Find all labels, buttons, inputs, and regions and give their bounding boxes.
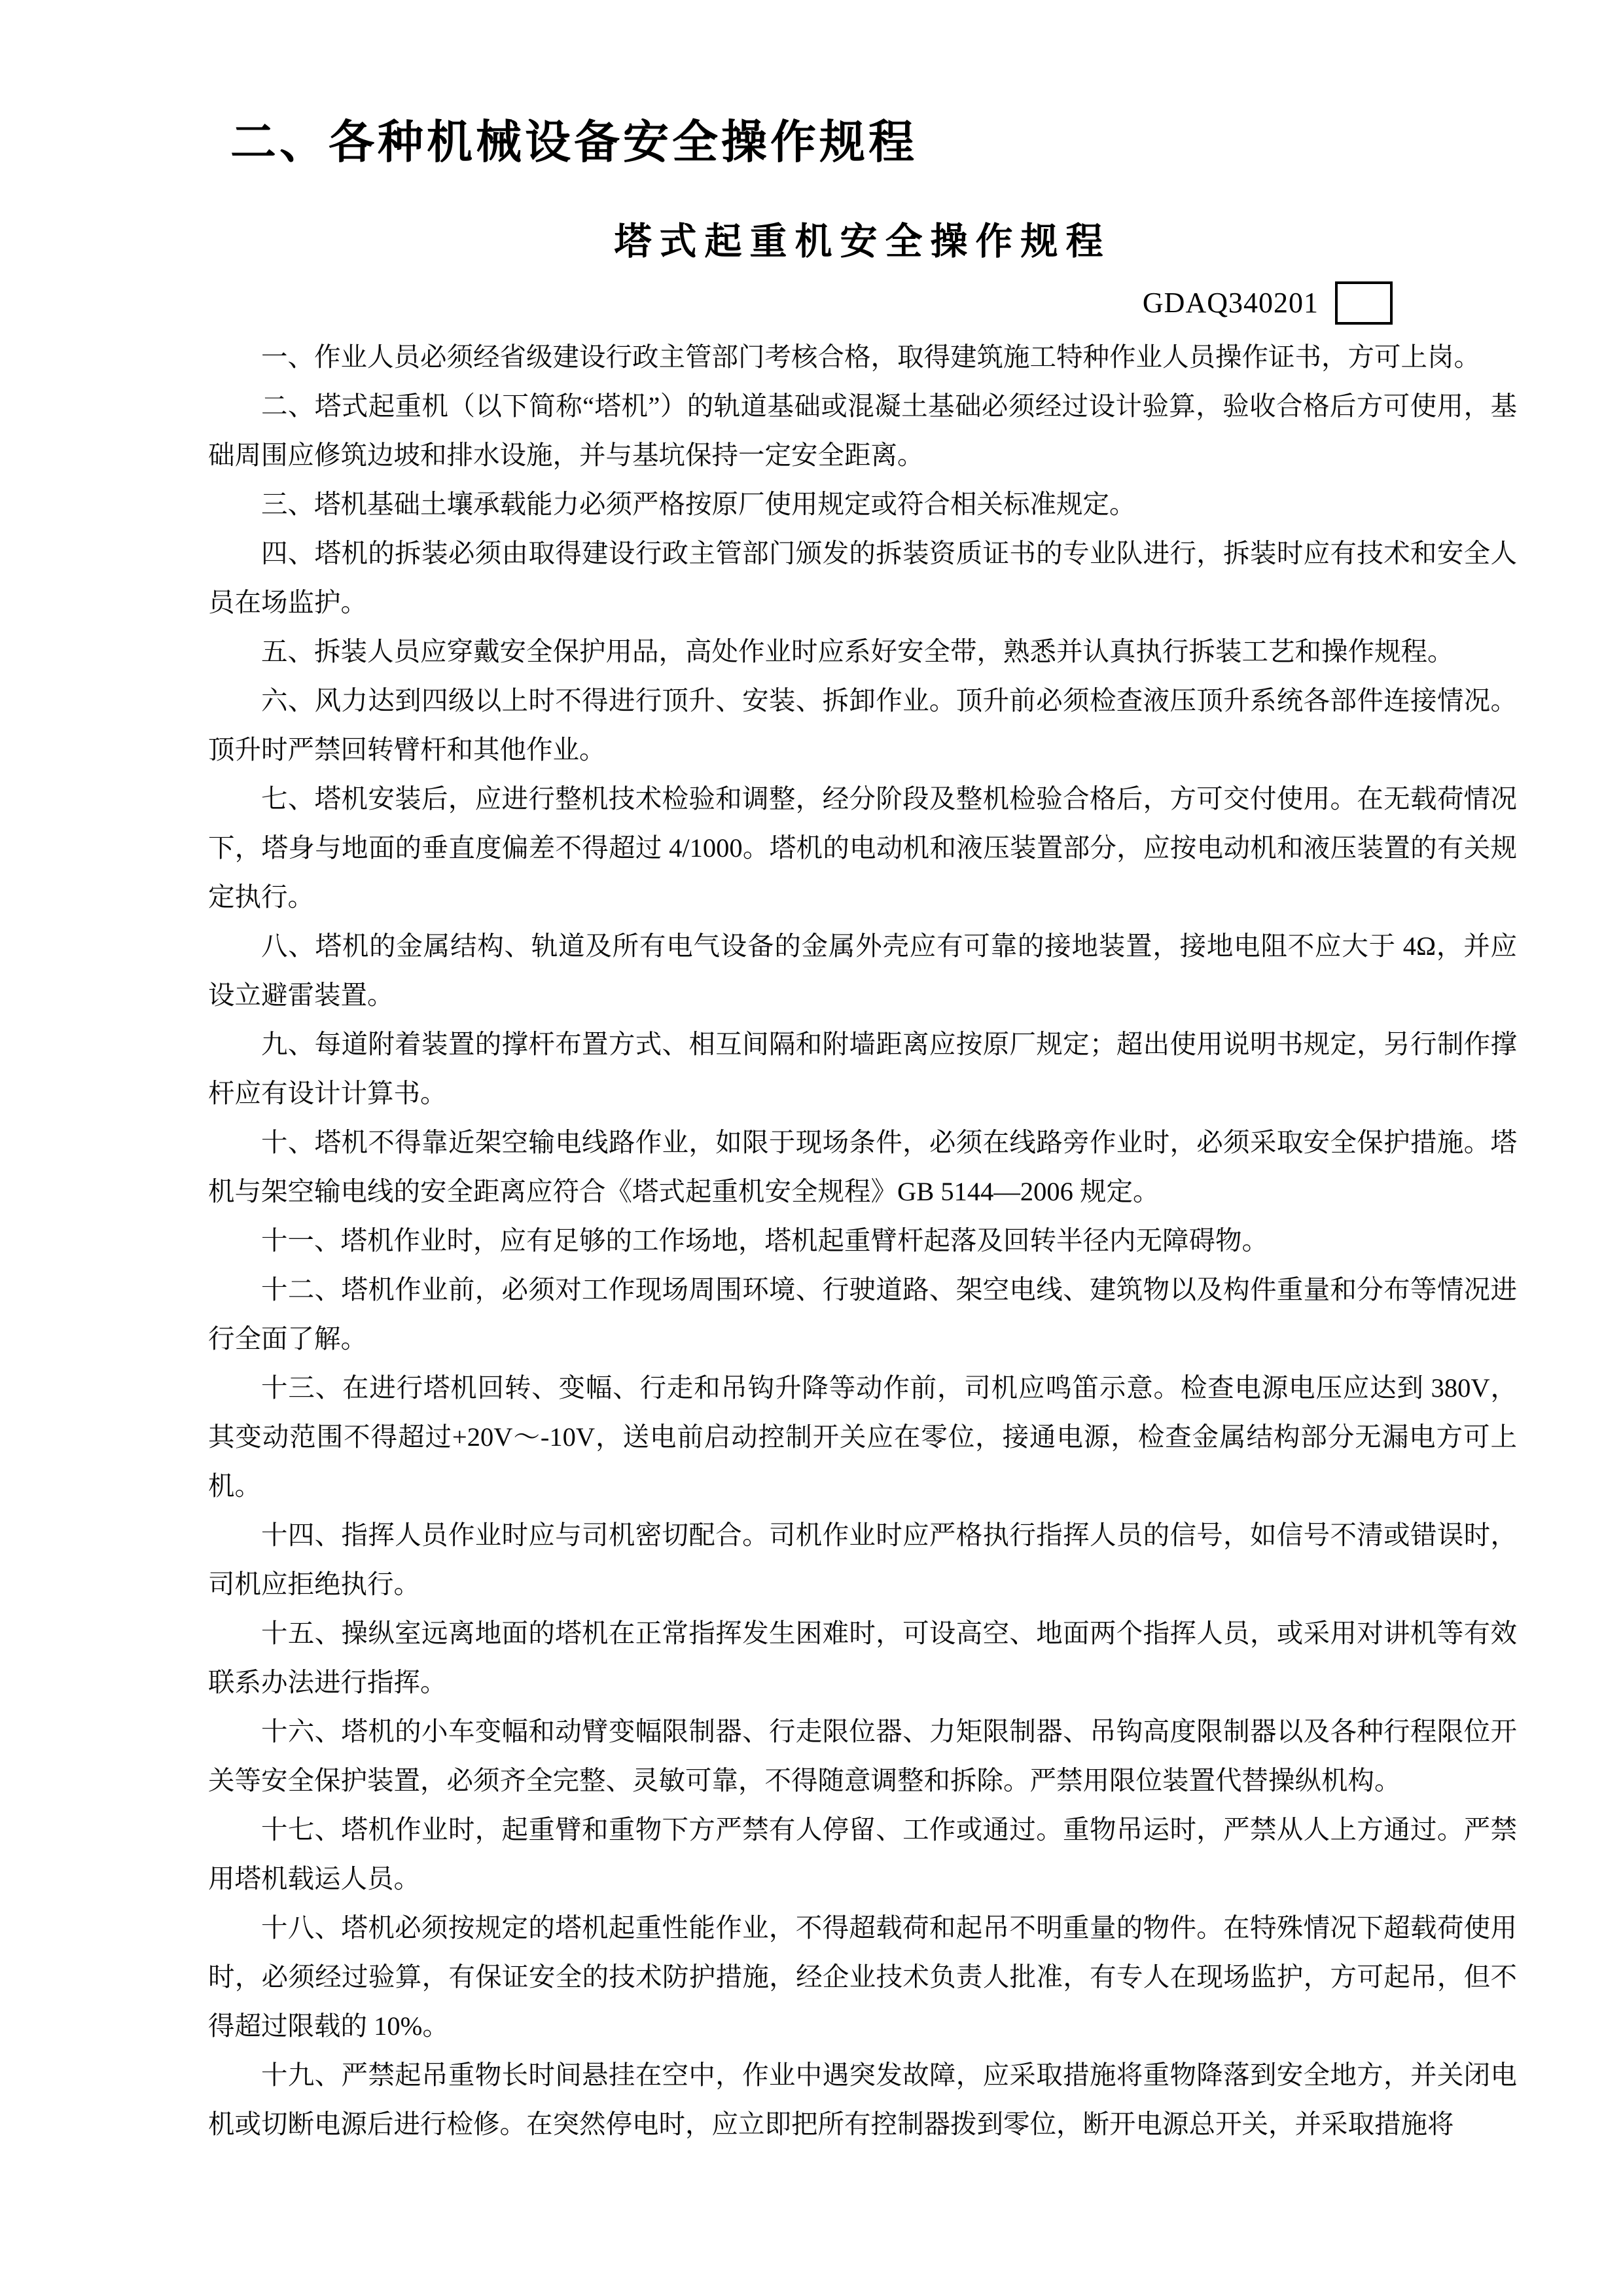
rule-06: 六、风力达到四级以上时不得进行顶升、安装、拆卸作业。顶升前必须检查液压顶升系统各… (208, 676, 1517, 774)
document-title: 塔式起重机安全操作规程 (208, 220, 1517, 263)
document-page: 二、各种机械设备安全操作规程 塔式起重机安全操作规程 GDAQ340201 一、… (0, 0, 1623, 2296)
rule-02: 二、塔式起重机（以下简称“塔机”）的轨道基础或混凝土基础必须经过设计验算，验收合… (208, 382, 1517, 480)
rule-15: 十五、操纵室远离地面的塔机在正常指挥发生困难时，可设高空、地面两个指挥人员，或采… (208, 1609, 1517, 1707)
doc-code: GDAQ340201 (1143, 281, 1319, 325)
rule-10: 十、塔机不得靠近架空输电线路作业，如限于现场条件，必须在线路旁作业时，必须采取安… (208, 1118, 1517, 1216)
rule-16: 十六、塔机的小车变幅和动臂变幅限制器、行走限位器、力矩限制器、吊钩高度限制器以及… (208, 1707, 1517, 1805)
rule-12: 十二、塔机作业前，必须对工作现场周围环境、行驶道路、架空电线、建筑物以及构件重量… (208, 1265, 1517, 1363)
section-heading: 二、各种机械设备安全操作规程 (230, 115, 918, 169)
rule-13: 十三、在进行塔机回转、变幅、行走和吊钩升降等动作前，司机应鸣笛示意。检查电源电压… (208, 1363, 1517, 1511)
rule-19: 十九、严禁起吊重物长时间悬挂在空中，作业中遇突发故障，应采取措施将重物降落到安全… (208, 2051, 1517, 2149)
rule-05: 五、拆装人员应穿戴安全保护用品，高处作业时应系好安全带，熟悉并认真执行拆装工艺和… (208, 627, 1517, 676)
rule-08: 八、塔机的金属结构、轨道及所有电气设备的金属外壳应有可靠的接地装置，接地电阻不应… (208, 922, 1517, 1020)
rule-04: 四、塔机的拆装必须由取得建设行政主管部门颁发的拆装资质证书的专业队进行，拆装时应… (208, 529, 1517, 627)
rule-17: 十七、塔机作业时，起重臂和重物下方严禁有人停留、工作或通过。重物吊运时，严禁从人… (208, 1805, 1517, 1903)
document-body: 一、作业人员必须经省级建设行政主管部门考核合格，取得建筑施工特种作业人员操作证书… (208, 332, 1517, 2149)
rule-03: 三、塔机基础土壤承载能力必须严格按原厂使用规定或符合相关标准规定。 (208, 480, 1517, 529)
doc-code-box (1335, 281, 1393, 325)
rule-11: 十一、塔机作业时，应有足够的工作场地，塔机起重臂杆起落及回转半径内无障碍物。 (208, 1216, 1517, 1265)
rule-14: 十四、指挥人员作业时应与司机密切配合。司机作业时应严格执行指挥人员的信号，如信号… (208, 1511, 1517, 1609)
doc-code-row: GDAQ340201 (208, 281, 1517, 325)
rule-01: 一、作业人员必须经省级建设行政主管部门考核合格，取得建筑施工特种作业人员操作证书… (208, 332, 1517, 382)
rule-09: 九、每道附着装置的撑杆布置方式、相互间隔和附墙距离应按原厂规定；超出使用说明书规… (208, 1020, 1517, 1118)
rule-07: 七、塔机安装后，应进行整机技术检验和调整，经分阶段及整机检验合格后，方可交付使用… (208, 774, 1517, 922)
rule-18: 十八、塔机必须按规定的塔机起重性能作业，不得超载荷和起吊不明重量的物件。在特殊情… (208, 1903, 1517, 2051)
